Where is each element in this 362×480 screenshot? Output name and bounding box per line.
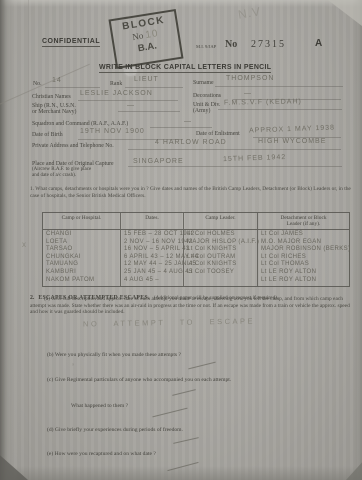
- row-camp: CHUNGKAI: [46, 254, 120, 262]
- field-dob-label: Date of Birth: [32, 132, 63, 138]
- field-unit-label-2: (Army): [193, 108, 210, 114]
- row-camp: LOETA: [46, 239, 120, 247]
- row-block-leader: Lt Col THOMAS: [261, 261, 349, 269]
- field-address-label: Private Address and Telephone No.: [32, 143, 114, 149]
- question-2a-text: (a) Give full description and approx. da…: [30, 296, 354, 316]
- row-dates: 25 JAN 45 – 4 AUG 45: [124, 269, 183, 277]
- field-capture-place: SINGAPORE: [133, 158, 184, 165]
- field-christian-value: LESLIE JACKSON: [80, 90, 153, 97]
- field-surname-label: Surname: [193, 80, 214, 86]
- question-2d-text: (d) Give briefly your experiences during…: [47, 427, 183, 433]
- row-block-leader: Lt Col RICHES: [261, 254, 349, 262]
- field-surname-value: THOMPSON: [226, 75, 274, 82]
- series-letter: A: [315, 38, 322, 49]
- field-capture-label-2: (Aircrew R.A.F. to give place: [32, 167, 91, 172]
- row-leader: Lt Col TOOSEY: [187, 269, 257, 277]
- block-number-stamp: BLOCK No 10 B.A.: [109, 9, 184, 69]
- serial-no-label: No: [225, 39, 237, 50]
- question-2c-text: (c) Give Regimental particulars of anyon…: [47, 377, 231, 383]
- answer-no-attempt: NO ATTEMPT TO ESCAPE: [83, 317, 255, 329]
- column-dates: 15 FEB – 28 OCT 1942 2 NOV – 16 NOV 1942…: [121, 230, 184, 286]
- instruction-heading: WRITE IN BLOCK CAPITAL LETTERS IN PENCIL: [99, 64, 271, 73]
- field-rule: [45, 87, 100, 88]
- field-no-label: No.: [33, 81, 42, 87]
- stamp-no-value: 10: [145, 28, 160, 41]
- row-leader: Lt Col KNIGHTS: [187, 261, 257, 269]
- pencil-tick: ’: [72, 362, 75, 372]
- row-leader: Lt Col KNIGHTS: [187, 246, 257, 254]
- field-christian-label: Christian Names: [32, 94, 71, 100]
- table-header-dates: Dates.: [121, 213, 184, 229]
- row-leader: MAJOR HISLOP (A.I.F.): [187, 239, 257, 247]
- field-address-value-2: HIGH WYCOMBE: [258, 138, 326, 145]
- field-capture-date: 15TH FEB 1942: [223, 154, 286, 163]
- camps-table: Camp or Hospital. Dates. Camp Leader. De…: [42, 212, 350, 287]
- row-camp: KAMBURI: [46, 269, 120, 277]
- row-block-leader: M.O. MAJOR EGAN: [261, 239, 349, 247]
- row-block-leader: Lt LE ROY ALTON: [261, 277, 349, 285]
- question-1-text: 1. What camps, detachments or hospitals …: [30, 186, 352, 199]
- pencil-dash: [152, 408, 187, 418]
- field-rule: [125, 87, 183, 88]
- field-rank-label: Rank: [110, 81, 122, 87]
- table-header-block-line2: Leader (if any).: [287, 221, 321, 227]
- field-address-value-1: 4 HARLOW ROAD: [155, 139, 227, 146]
- scan-shadow-corner: [346, 458, 362, 480]
- field-unit-value: F.M.S.V.F (KEDAH): [224, 98, 302, 106]
- row-block-leader: Lt Col JAMES: [261, 231, 349, 239]
- field-decorations-label: Decorations: [193, 93, 221, 99]
- row-leader: Lt Col HOLMES: [187, 231, 257, 239]
- field-rule: [118, 111, 180, 112]
- question-2e-text: (e) How were you recaptured and on what …: [47, 451, 156, 457]
- paper-corner-fold: [328, 0, 362, 26]
- scanned-pow-form: BLOCK No 10 B.A. CONFIDENTIAL M.I. 9/JAP…: [0, 0, 362, 480]
- field-rule: [150, 127, 212, 128]
- field-rank-value: LIEUT: [134, 76, 159, 83]
- row-dates: 15 FEB – 28 OCT 1942: [124, 231, 183, 239]
- column-camp-leader: Lt Col HOLMES MAJOR HISLOP (A.I.F.) Lt C…: [184, 230, 258, 286]
- table-header-leader: Camp Leader.: [184, 213, 258, 229]
- field-squadron-label: Squadron and Command (R.A.F., A.A.F.): [32, 121, 128, 127]
- row-dates: 12 MAY 44 – 25 JAN 45: [124, 261, 183, 269]
- field-capture-label-3: and date of a/c crash).: [32, 173, 76, 178]
- row-dates: 2 NOV – 16 NOV 1942: [124, 239, 183, 247]
- row-dates: 6 APRIL 43 – 12 MAY 44: [124, 254, 183, 262]
- pencil-dash: [172, 389, 196, 396]
- camps-table-header: Camp or Hospital. Dates. Camp Leader. De…: [43, 213, 349, 230]
- row-camp: TARSAO: [46, 246, 120, 254]
- field-rule: [128, 166, 342, 167]
- question-what-happened: What happened to them ?: [71, 403, 128, 409]
- paper-fold-line: [28, 0, 29, 480]
- pencil-dash: [167, 462, 198, 471]
- field-ship-value: —: [127, 102, 135, 109]
- scan-shadow-corner: [0, 442, 28, 480]
- field-rule: [128, 149, 341, 150]
- confidential-label: CONFIDENTIAL: [42, 38, 100, 47]
- field-rule: [78, 100, 178, 101]
- column-camp: CHANGI LOETA TARSAO CHUNGKAI TAMUANG KAM…: [43, 230, 121, 286]
- field-rule: [218, 109, 342, 110]
- row-camp: TAMUANG: [46, 261, 120, 269]
- pencil-dash: [188, 362, 215, 370]
- row-dates: 16 NOV – 5 APRIL 43: [124, 246, 183, 254]
- pencil-scribble: N.V: [237, 4, 262, 21]
- row-dates: 4 AUG 45 –: [124, 277, 183, 285]
- field-ship-label-2: or Merchant Navy): [32, 109, 76, 115]
- serial-number: 27315: [251, 39, 286, 50]
- field-enlist-label: Date of Enlistment: [196, 131, 240, 137]
- field-enlist-value: APPROX 1 MAY 1938: [249, 125, 335, 135]
- field-rule: [215, 86, 343, 87]
- column-block-leader: Lt Col JAMES M.O. MAJOR EGAN MAJOR ROBIN…: [258, 230, 349, 286]
- row-camp: NAKOM PATOM: [46, 277, 120, 285]
- row-leader: Lt Col OUTRAM: [187, 254, 257, 262]
- row-camp: CHANGI: [46, 231, 120, 239]
- row-block-leader: Lt LE ROY ALTON: [261, 269, 349, 277]
- pencil-dash: [173, 437, 199, 444]
- table-header-block: Detachment or Block Leader (if any).: [258, 213, 349, 229]
- field-decorations-value: —: [244, 90, 252, 97]
- row-block-leader: MAJOR ROBINSON (BERKS): [261, 246, 349, 254]
- form-reference: M.I. 9/JAP: [196, 44, 216, 49]
- margin-pencil-mark: x: [22, 240, 27, 249]
- table-header-camp: Camp or Hospital.: [43, 213, 121, 229]
- field-no-value: 14: [52, 77, 62, 84]
- question-2b-text: (b) Were you physically fit when you mad…: [47, 352, 181, 358]
- stamp-no-label: No: [132, 30, 144, 42]
- camps-table-body: CHANGI LOETA TARSAO CHUNGKAI TAMUANG KAM…: [43, 230, 349, 286]
- field-dob-value: 19TH NOV 1900: [80, 128, 145, 135]
- field-squadron-value: —: [184, 118, 192, 125]
